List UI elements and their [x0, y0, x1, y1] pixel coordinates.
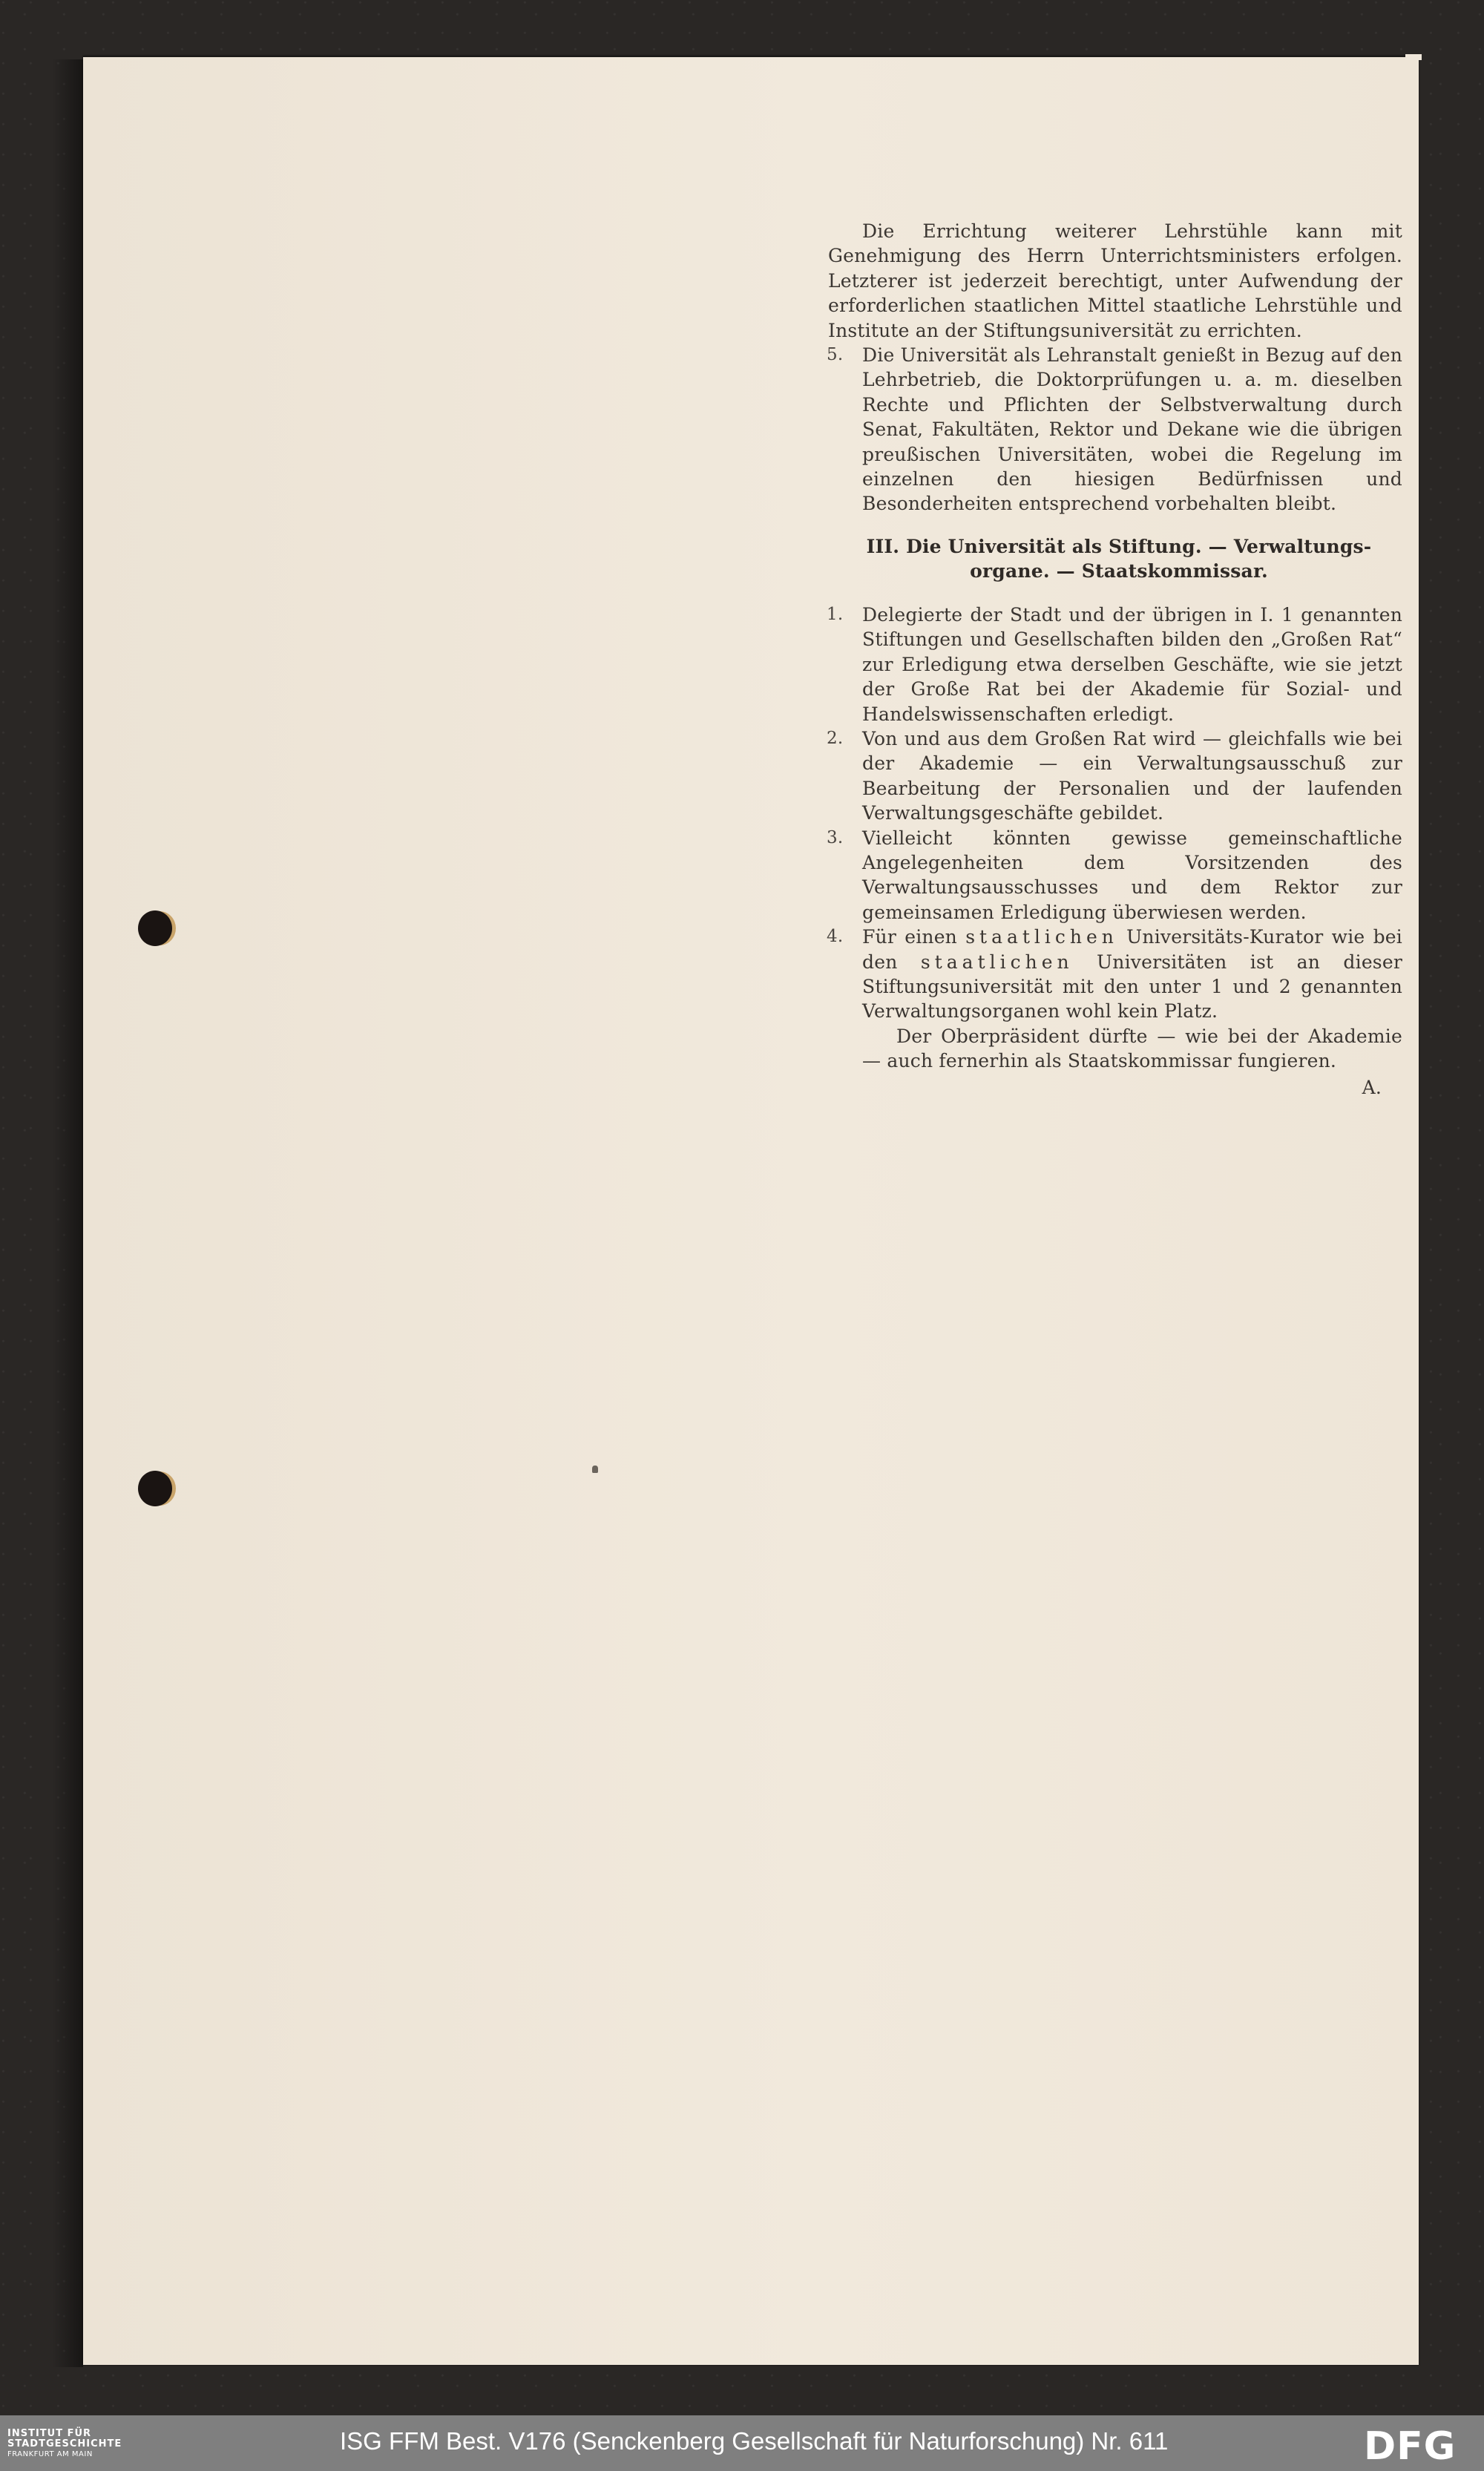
institution-line-3: FRANKFURT AM MAIN [7, 2449, 122, 2460]
emphasized-word: staatlichen [965, 926, 1118, 948]
dfg-logo[interactable]: DFG [1364, 2427, 1456, 2466]
list-item-3: 3. Vielleicht könnten gewisse gemeinscha… [828, 826, 1402, 925]
item-number: 1. [827, 603, 843, 627]
document-viewer: Die Errichtung weiterer Lehrstühle kann … [0, 0, 1484, 2415]
footer-bar: INSTITUT FÜR STADTGESCHICHTE FRANKFURT A… [0, 2415, 1484, 2471]
item-text: Die Universität als Lehranstalt genießt … [862, 344, 1402, 514]
item-text-before: Für einen [862, 926, 965, 948]
item-text: Vielleicht könnten gewisse gemeinschaftl… [862, 827, 1402, 923]
list-item-2: 2. Von und aus dem Großen Rat wird — gle… [828, 726, 1402, 826]
item-number: 3. [827, 826, 843, 850]
section-heading-line-2: organe. — Staatskommissar. [835, 559, 1402, 583]
closing-paragraph: Der Oberpräsident dürfte — wie bei der A… [828, 1024, 1402, 1074]
punch-hole-icon [138, 910, 172, 946]
continuation-paragraph: Die Errichtung weiterer Lehrstühle kann … [828, 219, 1402, 343]
institution-line-2: STADTGESCHICHTE [7, 2439, 122, 2449]
section-heading-line-1: III. Die Universität als Stiftung. — Ver… [835, 534, 1402, 559]
paper-corner-notch [1405, 54, 1422, 60]
text-column: Die Errichtung weiterer Lehrstühle kann … [828, 219, 1402, 1100]
section-heading: III. Die Universität als Stiftung. — Ver… [828, 534, 1402, 583]
item-text: Von und aus dem Großen Rat wird — gleich… [862, 728, 1402, 824]
institution-logo[interactable]: INSTITUT FÜR STADTGESCHICHTE FRANKFURT A… [7, 2429, 122, 2460]
institution-line-1: INSTITUT FÜR [7, 2429, 122, 2439]
page-shadow [52, 59, 83, 2367]
signature: A. [828, 1075, 1402, 1100]
item-number: 4. [827, 925, 843, 949]
document-page: Die Errichtung weiterer Lehrstühle kann … [83, 56, 1419, 2365]
paper-speck [592, 1466, 598, 1473]
list-item-1: 1. Delegierte der Stadt und der übrigen … [828, 603, 1402, 726]
list-item-4: 4. Für einen staatlichen Universitäts-Ku… [828, 925, 1402, 1024]
item-number: 5. [827, 343, 843, 367]
item-number: 2. [827, 726, 843, 751]
record-title: ISG FFM Best. V176 (Senckenberg Gesellsc… [340, 2425, 1168, 2458]
emphasized-word: staatlichen [921, 951, 1074, 973]
list-item-5: 5. Die Universität als Lehranstalt genie… [828, 343, 1402, 516]
item-text: Delegierte der Stadt und der übrigen in … [862, 604, 1402, 725]
punch-hole-icon [138, 1471, 172, 1506]
